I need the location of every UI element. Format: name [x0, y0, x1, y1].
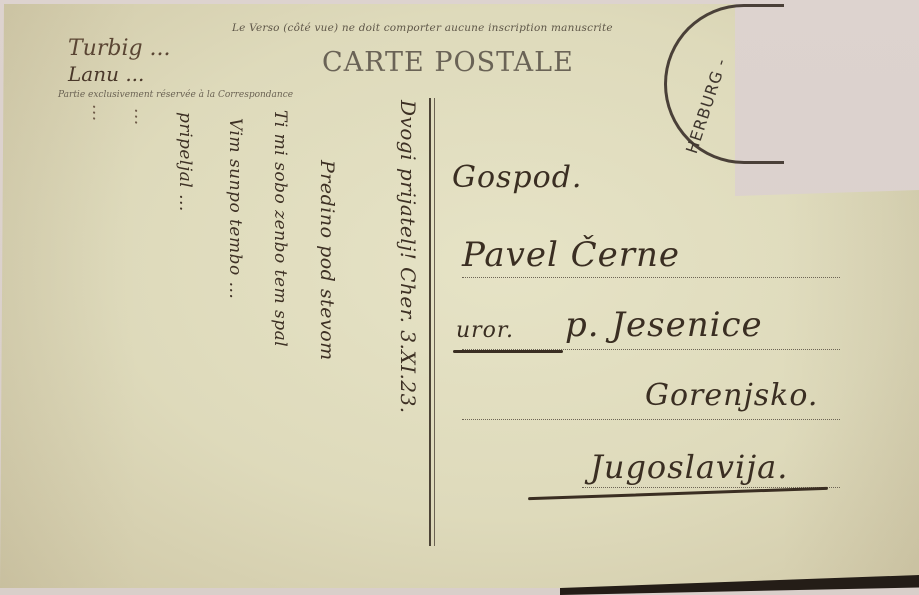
message-line-1: Ti mi sobo zenbo tem spal	[270, 110, 290, 347]
message-date-line: Dvogi prijatelj! Cher. 3.XI.23.	[396, 100, 420, 414]
message-line-5: ...	[88, 104, 108, 122]
message-line-2: Vim sunpo tembo ...	[225, 118, 245, 299]
address-name: Pavel Černe	[462, 235, 680, 275]
address-city: p. Jesenice	[565, 305, 763, 345]
postcard-title: CARTE POSTALE	[322, 47, 574, 78]
address-region: Gorenjsko.	[645, 378, 818, 413]
printed-top-note: Le Verso (côté vue) ne doit comporter au…	[232, 22, 613, 34]
address-line-3	[462, 419, 840, 420]
scrawl-top-1: Turbig ...	[68, 36, 171, 61]
address-line-1	[462, 277, 840, 278]
address-country: Jugoslavija.	[590, 448, 788, 486]
center-divider-inner	[434, 98, 435, 546]
scrawl-top-2: Lanu ...	[68, 62, 144, 86]
printed-correspondence-note: Partie exclusivement réservée à la Corre…	[58, 90, 293, 100]
message-greeting: Predino pod stevom	[316, 160, 338, 361]
address-prefix: uror.	[456, 318, 514, 343]
center-divider	[429, 98, 431, 546]
message-line-3: pripeljal ...	[175, 112, 195, 212]
prefix-underline	[453, 350, 563, 353]
address-salutation: Gospod.	[452, 160, 582, 195]
message-line-4: ...	[130, 108, 150, 126]
